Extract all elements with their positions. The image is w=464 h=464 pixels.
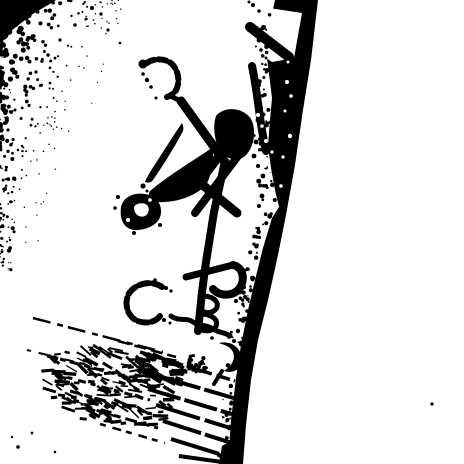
top-ring-curl xyxy=(170,95,184,103)
binarized-photo xyxy=(0,0,464,464)
open-hook-ring xyxy=(127,283,162,322)
dark-diagonal-pole xyxy=(228,0,318,464)
scattered-black-dots xyxy=(2,1,434,454)
top-ring xyxy=(147,59,178,97)
handlebar-top-bar xyxy=(186,265,233,277)
sickle-curl xyxy=(219,342,242,371)
scene-canvas xyxy=(0,0,464,464)
